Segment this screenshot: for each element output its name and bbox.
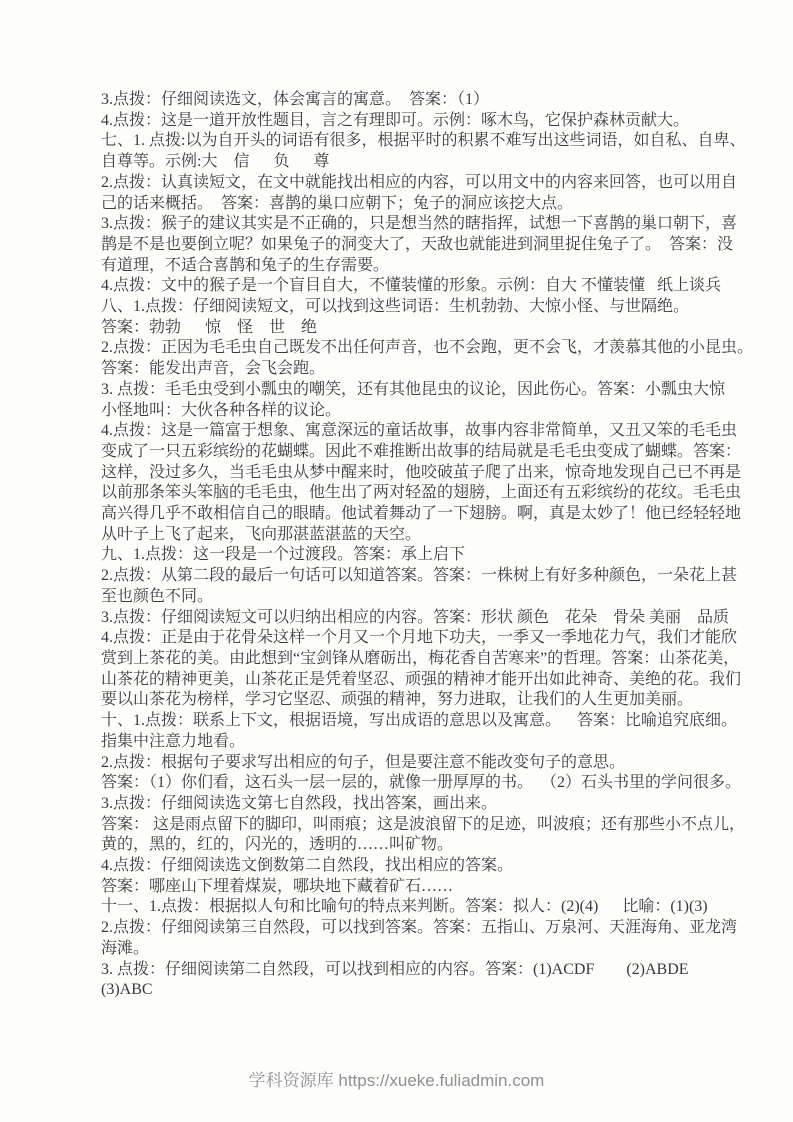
- document-line: 4.点拨：仔细阅读选文倒数第二自然段，找出相应的答案。: [101, 856, 717, 877]
- document-line: 以前那条笨头笨脑的毛毛虫，他生出了两对轻盈的翅膀，上面还有五彩缤纷的花纹。毛毛虫: [101, 483, 717, 504]
- document-line: 2.点拨：正因为毛毛虫自己既发不出任何声音，也不会跑，更不会飞，才羡慕其他的小昆…: [101, 338, 717, 359]
- document-line: 答案：勃勃 惊 怪 世 绝: [101, 318, 717, 339]
- document-line: 2.点拨：认真读短文，在文中就能找出相应的内容，可以用文中的内容来回答，也可以用…: [101, 173, 717, 194]
- document-line: 答案：哪座山下埋着煤炭，哪块地下藏着矿石……: [101, 877, 717, 898]
- document-line: 4.点拨：这是一道开放性题目，言之有理即可。示例：啄木鸟，它保护森林贡献大。: [101, 111, 717, 132]
- document-page: 3.点拨：仔细阅读选文，体会寓言的寓意。 答案：（1） 4.点拨：这是一道开放性…: [0, 0, 793, 1122]
- document-line: 3.点拨：猴子的建议其实是不正确的，只是想当然的瞎指挥，试想一下喜鹊的巢口朝下，…: [101, 214, 717, 235]
- document-line: 七、1. 点拨:以为自开头的词语有很多，根据平时的积累不难写出这些词语，如自私、…: [101, 131, 717, 152]
- document-line: 3.点拨：仔细阅读选文，体会寓言的寓意。 答案：（1）: [101, 90, 717, 111]
- document-line: 答案：能发出声音，会飞会跑。: [101, 359, 717, 380]
- document-line: 3. 点拨：仔细阅读第二自然段，可以找到相应的内容。答案：(1)ACDF (2)…: [101, 960, 717, 981]
- document-line: 至也颜色不同。: [101, 587, 717, 608]
- document-line: 小怪地叫：大伙各种各样的议论。: [101, 401, 717, 422]
- document-line: 4.点拨：文中的猴子是一个盲目自大，不懂装懂的形象。示例：自大 不懂装懂 纸上谈…: [101, 276, 717, 297]
- document-line: 自尊等。示例:大 信 负 尊: [101, 152, 717, 173]
- document-line: 有道理，不适合喜鹊和兔子的生存需要。: [101, 256, 717, 277]
- document-line: 3.点拨：仔细阅读短文可以归纳出相应的内容。答案：形状 颜色 花朵 骨朵 美丽 …: [101, 608, 717, 629]
- document-line: 答案：（1）你们看，这石头一层一层的，就像一册厚厚的书。 （2）石头书里的学问很…: [101, 773, 717, 794]
- document-line: 高兴得几乎不敢相信自己的眼睛。他试着舞动了一下翅膀。啊，真是太妙了！他已经轻轻地: [101, 504, 717, 525]
- document-line: 3. 点拨：毛毛虫受到小瓢虫的嘲笑，还有其他昆虫的议论，因此伤心。答案：小瓢虫大…: [101, 380, 717, 401]
- document-line: 十、1.点拨：联系上下文，根据语境，写出成语的意思以及寓意。 答案：比喻追究底细…: [101, 711, 717, 732]
- document-line: 变成了一只五彩缤纷的花蝴蝶。因此不难推断出故事的结局就是毛毛虫变成了蝴蝶。答案：: [101, 442, 717, 463]
- document-line: 八、1.点拨：仔细阅读短文，可以找到这些词语：生机勃勃、大惊小怪、与世隔绝。: [101, 297, 717, 318]
- document-line: 要以山茶花为榜样，学习它坚忍、顽强的精神，努力进取，让我们的人生更加美丽。: [101, 690, 717, 711]
- footer-watermark: 学科资源库 https://xueke.fuliadmin.com: [0, 1066, 793, 1091]
- document-line: 3.点拨：仔细阅读选文第七自然段，找出答案，画出来。: [101, 794, 717, 815]
- document-line: 答案： 这是雨点留下的脚印，叫雨痕；这是波浪留下的足迹，叫波痕；还有那些小不点儿…: [101, 815, 717, 836]
- document-line: 从叶子上飞了起来，飞向那湛蓝湛蓝的天空。: [101, 525, 717, 546]
- document-line: 黄的，黑的，红的，闪光的，透明的……叫矿物。: [101, 835, 717, 856]
- document-line: 海滩。: [101, 939, 717, 960]
- document-line: 十一、1.点拨：根据拟人句和比喻句的特点来判断。答案：拟人：(2)(4) 比喻：…: [101, 897, 717, 918]
- document-line: 指集中注意力地看。: [101, 732, 717, 753]
- document-line: 己的话来概括。 答案：喜鹊的巢口应朝下；兔子的洞应该挖大点。: [101, 194, 717, 215]
- document-line: 4.点拨：正是由于花骨朵这样一个月又一个月地下功夫，一季又一季地花力气，我们才能…: [101, 628, 717, 649]
- document-line: 2.点拨：从第二段的最后一句话可以知道答案。答案：一株树上有好多种颜色，一朵花上…: [101, 566, 717, 587]
- document-line: (3)ABC: [101, 980, 717, 1001]
- document-line: 2.点拨：根据句子要求写出相应的句子，但是要注意不能改变句子的意思。: [101, 753, 717, 774]
- document-line: 4.点拨：这是一篇富于想象、寓意深远的童话故事，故事内容非常简单，又丑又笨的毛毛…: [101, 421, 717, 442]
- document-line: 鹊是不是也要倒立呢？如果兔子的洞变大了，天敌也就能进到洞里捉住兔子了。 答案：没: [101, 235, 717, 256]
- answer-key-text-block: 3.点拨：仔细阅读选文，体会寓言的寓意。 答案：（1） 4.点拨：这是一道开放性…: [101, 90, 717, 1001]
- document-line: 山茶花的精神更美，山茶花正是凭着坚忍、顽强的精神才能开出如此神奇、美绝的花。我们: [101, 670, 717, 691]
- document-line: 赏到上茶花的美。由此想到“宝剑锋从磨砺出，梅花香自苦寒来”的哲理。答案：山茶花美…: [101, 649, 717, 670]
- document-line: 九、1.点拨：这一段是一个过渡段。答案：承上启下: [101, 545, 717, 566]
- document-line: 这样，没过多久，当毛毛虫从梦中醒来时，他咬破茧子爬了出来，惊奇地发现自己已不再是: [101, 463, 717, 484]
- document-line: 2.点拨：仔细阅读第三自然段，可以找到答案。答案：五指山、万泉河、天涯海角、亚龙…: [101, 918, 717, 939]
